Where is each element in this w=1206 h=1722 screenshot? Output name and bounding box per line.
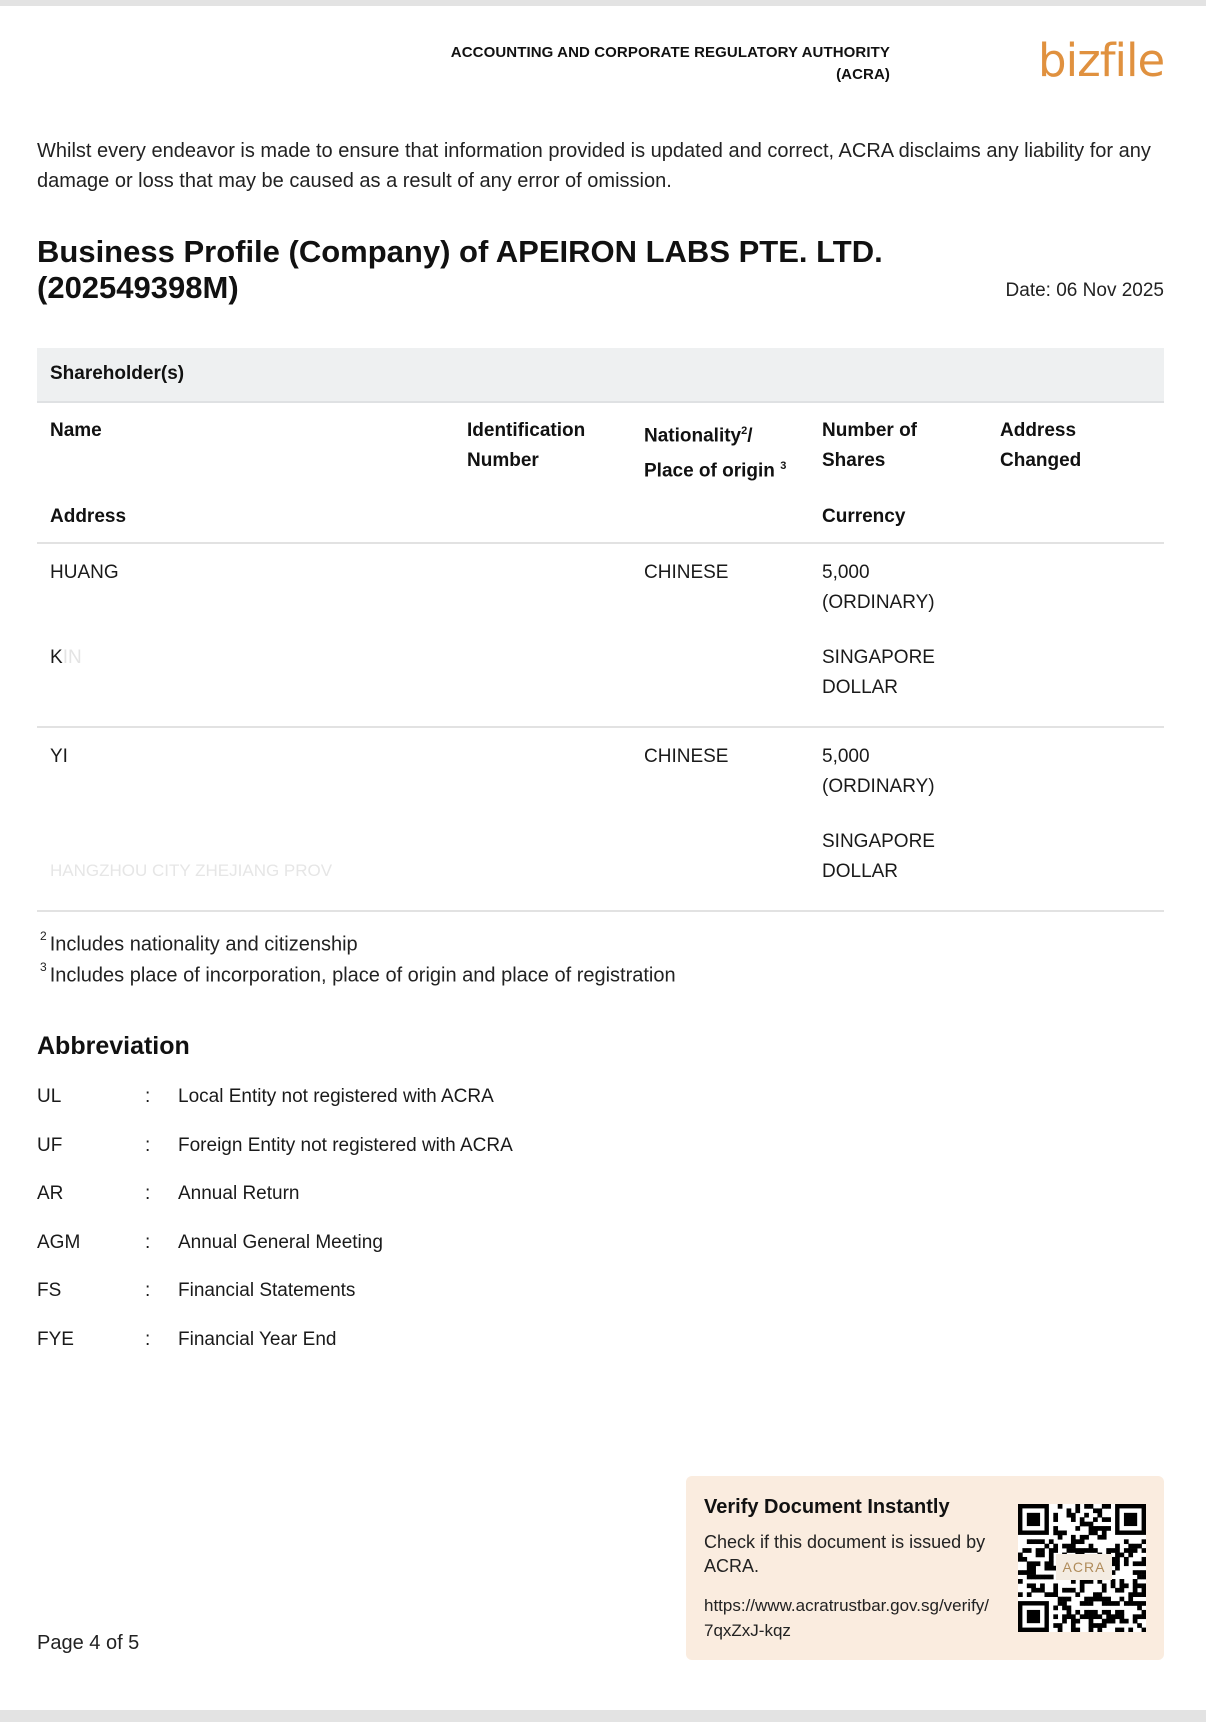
shares-count: 5,000 xyxy=(822,558,935,588)
shares-type: (ORDINARY) xyxy=(822,772,935,802)
document-page: ACCOUNTING AND CORPORATE REGULATORY AUTH… xyxy=(0,6,1206,1710)
col-nat-slash: / xyxy=(747,425,752,446)
footnote-ref-3: 3 xyxy=(780,460,786,472)
abbreviation-value: Financial Statements xyxy=(178,1280,355,1302)
section-title: Shareholder(s) xyxy=(50,363,184,385)
qr-code-icon[interactable]: ACRA xyxy=(1018,1504,1146,1632)
verify-description: Check if this document is issued by ACRA… xyxy=(704,1530,994,1578)
bizfile-logo: bizfile xyxy=(1038,36,1164,86)
shareholder-nationality: CHINESE xyxy=(644,558,728,588)
abbreviation-value: Local Entity not registered with ACRA xyxy=(178,1086,494,1108)
col-nationality: Nationality2/ Place of origin 3 xyxy=(644,416,786,487)
header-divider xyxy=(37,542,1164,544)
abbreviation-key: AGM xyxy=(37,1232,137,1254)
footnote-text: Includes nationality and citizenship xyxy=(50,934,358,956)
abbreviation-heading: Abbreviation xyxy=(37,1032,190,1061)
shareholders-section-header: Shareholder(s) xyxy=(37,348,1164,403)
abbreviation-separator: : xyxy=(145,1329,150,1351)
document-date: Date: 06 Nov 2025 xyxy=(1006,280,1164,302)
shareholder-currency: SINGAPORE DOLLAR xyxy=(822,827,935,887)
abbreviation-key: AR xyxy=(37,1183,137,1205)
abbreviation-key: FYE xyxy=(37,1329,137,1351)
abbreviation-value: Annual Return xyxy=(178,1183,299,1205)
verify-title: Verify Document Instantly xyxy=(704,1496,950,1519)
footnote-number: 2 xyxy=(40,929,47,943)
col-addr-changed-line-2: Changed xyxy=(1000,446,1081,476)
abbreviation-value: Annual General Meeting xyxy=(178,1232,383,1254)
col-shares: Number of Shares xyxy=(822,416,917,476)
shareholder-shares: 5,000 (ORDINARY) xyxy=(822,742,935,802)
col-id-line-1: Identification xyxy=(467,416,585,446)
abbreviation-separator: : xyxy=(145,1280,150,1302)
page-number: Page 4 of 5 xyxy=(37,1632,139,1655)
title-line-1: Business Profile (Company) of APEIRON LA… xyxy=(37,234,937,270)
abbreviation-key: FS xyxy=(37,1280,137,1302)
col-id-line-2: Number xyxy=(467,446,585,476)
authority-line-2: (ACRA) xyxy=(451,64,890,86)
address-visible: K xyxy=(50,647,63,668)
currency-line-2: DOLLAR xyxy=(822,857,935,887)
currency-line-1: SINGAPORE xyxy=(822,827,935,857)
shares-type: (ORDINARY) xyxy=(822,588,935,618)
page-title: Business Profile (Company) of APEIRON LA… xyxy=(37,234,937,306)
col-shares-line-1: Number of xyxy=(822,416,917,446)
row-divider xyxy=(37,910,1164,912)
currency-line-1: SINGAPORE xyxy=(822,643,935,673)
col-nat-line-2: Place of origin xyxy=(644,461,775,482)
footnote-text: Includes place of incorporation, place o… xyxy=(50,965,676,987)
col-identification: Identification Number xyxy=(467,416,585,476)
footnote-number: 3 xyxy=(40,960,47,974)
authority-name: ACCOUNTING AND CORPORATE REGULATORY AUTH… xyxy=(451,42,890,86)
logo-right-text: file xyxy=(1100,34,1165,87)
logo-left-text: biz xyxy=(1038,34,1100,87)
abbreviation-separator: : xyxy=(145,1086,150,1108)
col-nat-line-1: Nationality xyxy=(644,425,741,446)
authority-line-1: ACCOUNTING AND CORPORATE REGULATORY AUTH… xyxy=(451,42,890,64)
shareholder-currency: SINGAPORE DOLLAR xyxy=(822,643,935,703)
row-divider xyxy=(37,726,1164,728)
col-name: Name xyxy=(50,416,102,446)
abbreviation-separator: : xyxy=(145,1135,150,1157)
verify-document-card: Verify Document Instantly Check if this … xyxy=(686,1476,1164,1660)
shareholder-address: KIN xyxy=(50,643,82,673)
shareholder-name: YI xyxy=(50,742,68,772)
verify-link[interactable]: https://www.acratrustbar.gov.sg/verify/7… xyxy=(704,1593,994,1643)
col-shares-line-2: Shares xyxy=(822,446,917,476)
col-addr-changed-line-1: Address xyxy=(1000,416,1081,446)
shares-count: 5,000 xyxy=(822,742,935,772)
shareholder-shares: 5,000 (ORDINARY) xyxy=(822,558,935,618)
abbreviation-value: Financial Year End xyxy=(178,1329,336,1351)
abbreviation-separator: : xyxy=(145,1183,150,1205)
footnote-3: 3Includes place of incorporation, place … xyxy=(40,955,676,991)
abbreviation-value: Foreign Entity not registered with ACRA xyxy=(178,1135,513,1157)
abbreviation-key: UL xyxy=(37,1086,137,1108)
col-address-changed: Address Changed xyxy=(1000,416,1081,476)
title-line-2: (202549398M) xyxy=(37,270,937,306)
disclaimer-text: Whilst every endeavor is made to ensure … xyxy=(37,136,1167,196)
shareholder-nationality: CHINESE xyxy=(644,742,728,772)
col-currency: Currency xyxy=(822,502,905,532)
currency-line-2: DOLLAR xyxy=(822,673,935,703)
acra-qr-badge: ACRA xyxy=(1056,1554,1112,1580)
col-address: Address xyxy=(50,502,126,532)
address-redacted: IN xyxy=(63,647,82,668)
abbreviation-key: UF xyxy=(37,1135,137,1157)
shareholder-address-redacted: HANGZHOU CITY ZHEJIANG PROV xyxy=(50,856,332,886)
abbreviation-separator: : xyxy=(145,1232,150,1254)
shareholder-name: HUANG xyxy=(50,558,119,588)
